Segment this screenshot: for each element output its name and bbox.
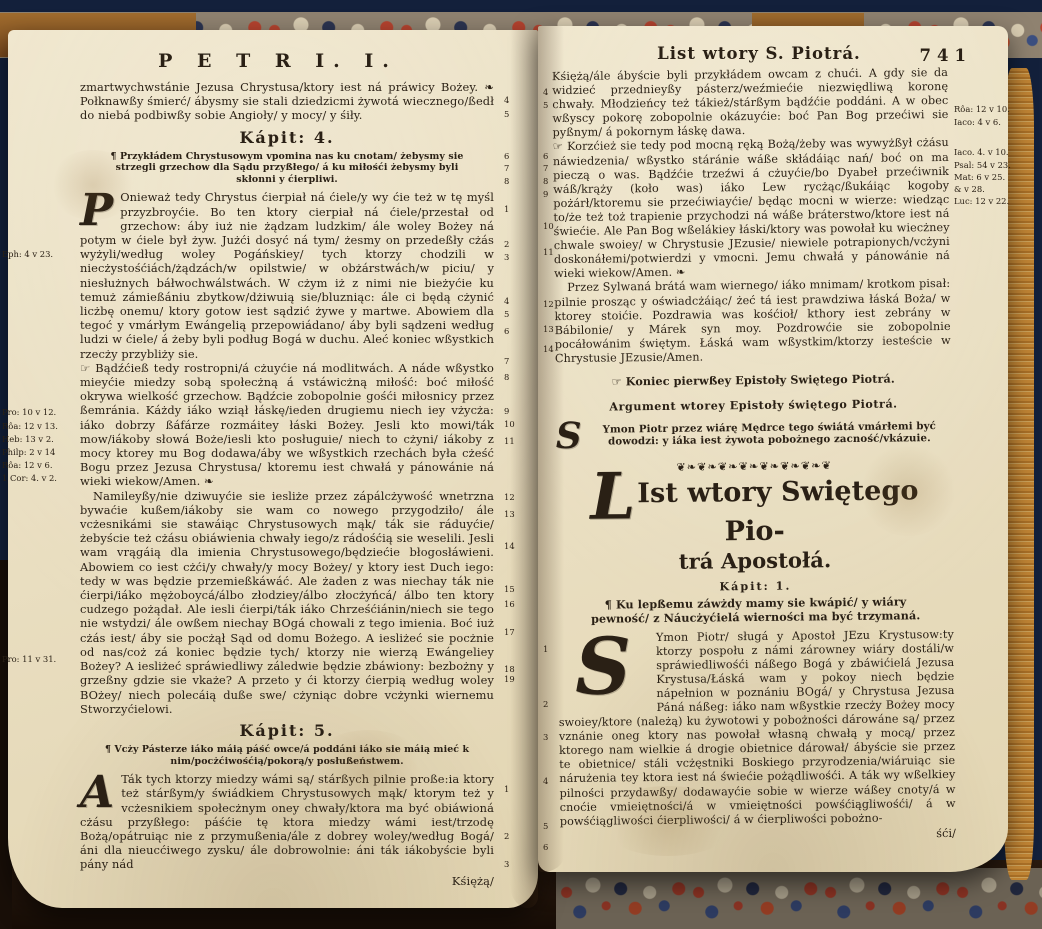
right-verse-numbers: 4567891011121314123456 <box>543 26 558 872</box>
verse-number: 6 <box>504 152 509 161</box>
verse-number: 6 <box>543 843 548 852</box>
left-kapit-1: Kápit: 4. <box>80 128 494 148</box>
verse-number: 16 <box>504 600 515 609</box>
scripture-cross-reference: Pro: 11 v 31. <box>2 655 56 664</box>
left-page-text-block: zmartwychwstánie Jezusa Chrystusa/ktory … <box>80 80 494 888</box>
scripture-cross-reference: Iaco: 4 v 6. <box>954 118 1001 127</box>
right-kapit-8: Kápit: 1. <box>557 577 953 595</box>
left-para-4: ☞ Bądźćieß tedy rostropni/á cżuyćie ná m… <box>80 361 494 489</box>
left-summary-7: ¶ Vcży Pásterze iáko máią páść owce/á po… <box>105 744 469 767</box>
scripture-cross-reference: Mat: 6 v 25. <box>954 173 1005 182</box>
scripture-cross-reference: Heb: 13 v 2. <box>2 435 54 444</box>
verse-number: 2 <box>543 700 548 709</box>
verse-number: 11 <box>543 248 554 257</box>
argument-text: Ymon Piotr przez wiárę Mędrce tego świát… <box>587 419 952 448</box>
right-page-text-block: Kśiężą/ále ábyście byli przykłádem owcam… <box>552 66 956 845</box>
verse-number: 5 <box>543 101 548 110</box>
right-page: List wtory S. Piotrá. 741 Kśiężą/ále áby… <box>538 26 1008 872</box>
right-big-title-7: LIst wtory Swiętego Pio-trá Apostołá. <box>556 474 953 576</box>
verse-number: 1 <box>543 645 548 654</box>
verse-number: 4 <box>504 297 509 306</box>
scripture-cross-reference: Rôa: 12 v 13. <box>2 422 58 431</box>
verse-number: 7 <box>504 357 509 366</box>
verse-number: 17 <box>504 628 515 637</box>
left-page: P E T R I. I. zmartwychwstánie Jezusa Ch… <box>8 30 538 908</box>
verse-number: 3 <box>543 733 548 742</box>
verse-number: 18 <box>504 665 515 674</box>
right-para-1: ☞ Korzćież sie tedy pod mocną ręką Bożą/… <box>553 136 950 281</box>
verse-number: 3 <box>504 253 509 262</box>
verse-number: 5 <box>504 110 509 119</box>
decorated-initial-L: L <box>590 459 636 534</box>
verse-number: 9 <box>504 407 509 416</box>
verse-number: 12 <box>543 300 554 309</box>
verse-number: 13 <box>504 510 515 519</box>
left-margin-references: Eph: 4 v 23.Pro: 10 v 12.Rôa: 12 v 13.He… <box>2 30 72 908</box>
scripture-cross-reference: Philp: 2 v 14 <box>2 448 55 457</box>
decorated-initial-S: S <box>558 631 657 706</box>
decorated-initial-A: A <box>80 772 121 811</box>
left-para-0: zmartwychwstánie Jezusa Chrystusa/ktory … <box>80 80 494 123</box>
left-para-5: Namileyßy/nie dziwuyćie sie iesliże prze… <box>80 489 494 716</box>
left-dropcap-para-8: ATák tych ktorzy miedzy wámi są/ stárßyc… <box>80 772 494 871</box>
decorated-initial-P: P <box>80 190 120 229</box>
scripture-cross-reference: Pro: 10 v 12. <box>2 408 56 417</box>
verse-number: 8 <box>504 177 509 186</box>
verse-number: 1 <box>504 205 509 214</box>
book-title-line1: LIst wtory Swiętego Pio- <box>556 474 953 550</box>
verse-number: 7 <box>543 164 548 173</box>
right-summary-9: ¶ Ku lepßemu záwżdy mamy sie kwápić/ y w… <box>581 595 930 627</box>
verse-number: 10 <box>504 420 515 429</box>
verse-number: 4 <box>504 96 509 105</box>
left-kapit-6: Kápit: 5. <box>80 721 494 741</box>
scripture-cross-reference: Iaco. 4. v 10. <box>954 148 1009 157</box>
verse-number: 4 <box>543 88 548 97</box>
verse-number: 12 <box>504 493 515 502</box>
left-summary-2: ¶ Przykłádem Chrystusowym vpomina nas ku… <box>105 151 469 186</box>
right-para-2: Przez Sylwaná brátá wam wiernego/ iáko m… <box>554 277 951 366</box>
left-paragraph-text: Ták tych ktorzy miedzy wámi są/ stárßych… <box>80 772 494 871</box>
book-title-line2: trá Apostołá. <box>557 546 953 576</box>
right-catchword-11: śći/ <box>560 827 956 845</box>
verse-number: 2 <box>504 240 509 249</box>
left-verse-numbers: 4567812345678910111213141516171819123 <box>504 30 528 908</box>
left-catchword-9: Kśiężą/ <box>80 874 494 888</box>
scripture-cross-reference: Eph: 4 v 23. <box>2 250 53 259</box>
verse-number: 5 <box>504 310 509 319</box>
right-para-0: Kśiężą/ále ábyście byli przykłádem owcam… <box>552 66 949 141</box>
right-dropcap-para-10: SYmon Piotr/ sługá y Apostoł JEzu Krystu… <box>558 627 956 828</box>
verse-number: 13 <box>543 325 554 334</box>
verse-number: 8 <box>504 373 509 382</box>
verse-number: 1 <box>504 785 509 794</box>
verse-number: 6 <box>543 152 548 161</box>
verse-number: 9 <box>543 190 548 199</box>
verse-number: 8 <box>543 177 548 186</box>
running-head-right: List wtory S. Piotrá. <box>624 44 894 63</box>
right-argument-head-4: Argument wtorey Epistoły świętego Piotrá… <box>555 396 951 414</box>
left-dropcap-para-3: POnieważ tedy Chrystus ćierpiał ná ćiele… <box>80 190 494 360</box>
verse-number: 19 <box>504 675 515 684</box>
verse-number: 14 <box>543 345 554 354</box>
verse-number: 4 <box>543 777 548 786</box>
antique-book-photo: P E T R I. I. zmartwychwstánie Jezusa Ch… <box>0 0 1042 929</box>
verse-number: 11 <box>504 437 515 446</box>
marbled-endpaper-bottom <box>556 868 1042 929</box>
right-margin-references: Rôa: 12 v 10.Iaco: 4 v 6.Iaco. 4. v 10.P… <box>954 26 1012 872</box>
verse-number: 5 <box>543 822 548 831</box>
verse-number: 14 <box>504 542 515 551</box>
decorated-initial-S: S <box>556 420 582 452</box>
left-paragraph-text: Onieważ tedy Chrystus ćierpiał ná ćiele/… <box>80 190 494 360</box>
scripture-cross-reference: 1 Cor: 4. v 2. <box>2 474 57 483</box>
verse-number: 6 <box>504 327 509 336</box>
right-argument-5: SYmon Piotr przez wiárę Mędrce tego świá… <box>556 416 952 452</box>
verse-number: 7 <box>504 164 509 173</box>
verse-number: 3 <box>504 860 509 869</box>
verse-number: 10 <box>543 222 554 231</box>
verse-number: 15 <box>504 585 515 594</box>
right-center-note-3: ☞ Koniec pierwßey Epistoły Swiętego Piot… <box>555 371 951 389</box>
running-head-left: P E T R I. I. <box>118 50 438 72</box>
scripture-cross-reference: Luc: 12 v 22. <box>954 197 1009 206</box>
scripture-cross-reference: Rôa: 12 v 10. <box>954 105 1010 114</box>
verse-number: 2 <box>504 832 509 841</box>
scripture-cross-reference: Rôa: 12 v 6. <box>2 461 53 470</box>
scripture-cross-reference: & v 28. <box>954 185 985 194</box>
scripture-cross-reference: Psal: 54 v 23. <box>954 161 1011 170</box>
